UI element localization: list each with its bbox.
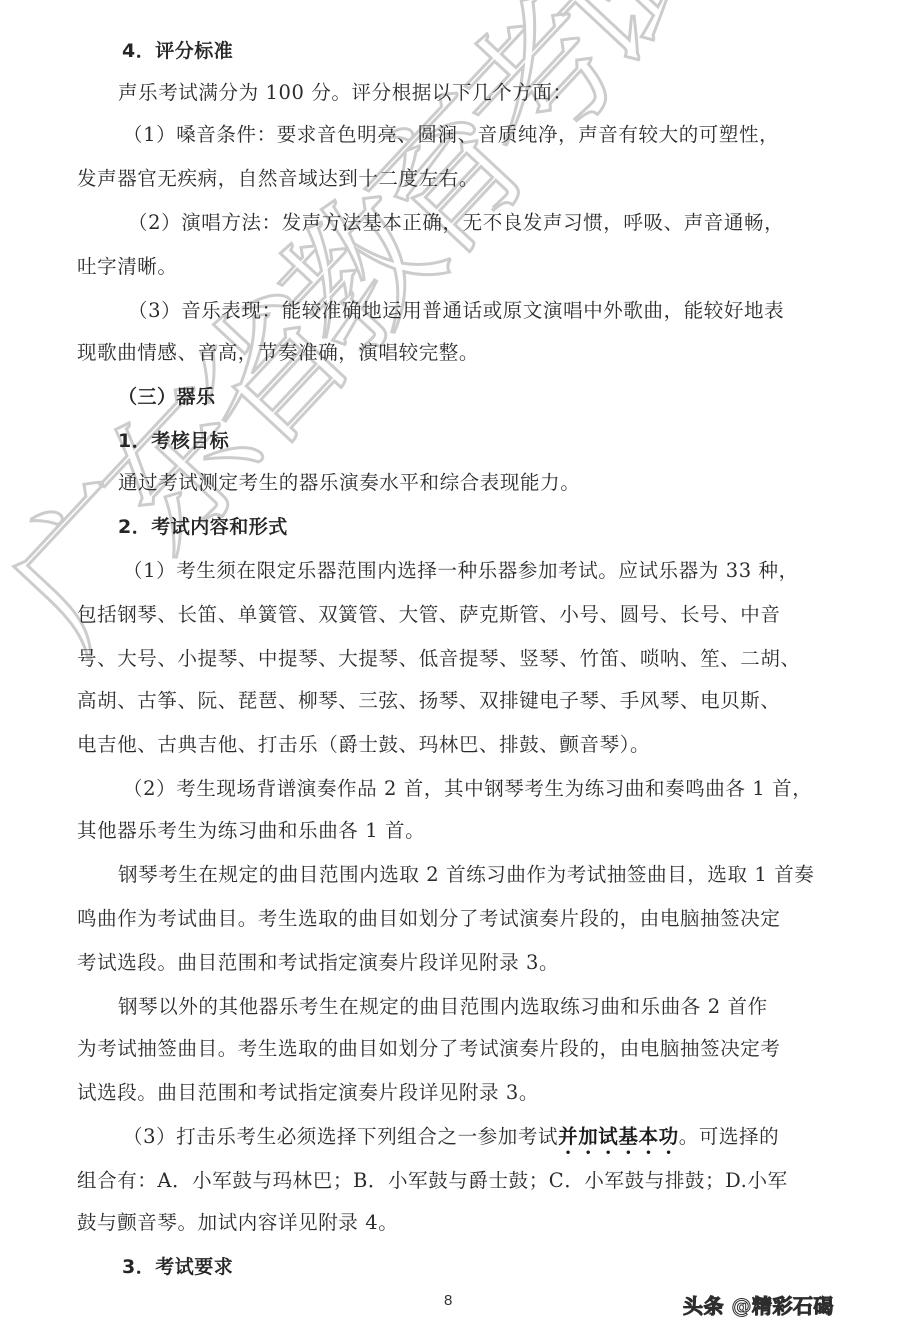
page-number: 8 <box>444 1292 452 1309</box>
document-page: 广东省教育考试院 4．评分标准 声乐考试满分为 100 分。评分根据以下几个方面… <box>0 0 899 1340</box>
paragraph-line: （3）音乐表现：能较准确地运用普通话或原文演唱中外歌曲，能较好地表 <box>128 298 784 324</box>
section-heading-scoring-criteria: 4．评分标准 <box>122 38 233 64</box>
paragraph-line: 鼓与颤音琴。加试内容详见附录 4。 <box>77 1210 398 1236</box>
section-heading-assessment-goal: 1．考核目标 <box>118 428 229 454</box>
text-after-emphasis: 。可选择的 <box>679 1125 780 1148</box>
paragraph-line: 现歌曲情感、音高，节奏准确，演唱较完整。 <box>77 340 479 366</box>
section-heading-exam-content: 2．考试内容和形式 <box>118 514 288 540</box>
paragraph-line: 组合有：A．小军鼓与玛林巴；B．小军鼓与爵士鼓；C．小军鼓与排鼓；D.小军 <box>77 1168 788 1194</box>
paragraph-line: 鸣曲作为考试曲目。考生选取的曲目如划分了考试演奏片段的，由电脑抽签决定 <box>77 906 781 932</box>
emphasized-text: 并加试基本功 <box>558 1125 679 1148</box>
paragraph-line: （2）演唱方法：发声方法基本正确，无不良发声习惯，呼吸、声音通畅， <box>128 210 784 236</box>
paragraph-line: 包括钢琴、长笛、单簧管、双簧管、大管、萨克斯管、小号、圆号、长号、中音 <box>77 602 781 628</box>
paragraph-line: 吐字清晰。 <box>77 254 178 280</box>
paragraph-line: 其他器乐考生为练习曲和乐曲各 1 首。 <box>77 818 425 844</box>
paragraph-line: 试选段。曲目范围和考试指定演奏片段详见附录 3。 <box>77 1080 539 1106</box>
source-attribution: 头条 @精彩石碣 <box>683 1290 834 1319</box>
paragraph-line-with-emphasis: （3）打击乐考生必须选择下列组合之一参加考试并加试基本功。可选择的 <box>123 1124 779 1159</box>
paragraph-line: 发声器官无疾病，自然音域达到十二度左右。 <box>77 166 479 192</box>
paragraph-line: 考试选段。曲目范围和考试指定演奏片段详见附录 3。 <box>77 950 559 976</box>
paragraph-line: 号、大号、小提琴、中提琴、大提琴、低音提琴、竖琴、竹笛、唢呐、笙、二胡、 <box>77 646 801 672</box>
paragraph-line: 为考试抽签曲目。考生选取的曲目如划分了考试演奏片段的，由电脑抽签决定考 <box>77 1036 781 1062</box>
paragraph-line: 声乐考试满分为 100 分。评分根据以下几个方面： <box>118 80 573 106</box>
paragraph-line: （1）考生须在限定乐器范围内选择一种乐器参加考试。应试乐器为 33 种， <box>123 558 799 584</box>
paragraph-line: （1）嗓音条件：要求音色明亮、圆润、音质纯净，声音有较大的可塑性， <box>123 122 779 148</box>
paragraph-line: 钢琴以外的其他器乐考生在规定的曲目范围内选取练习曲和乐曲各 2 首作 <box>118 994 768 1020</box>
paragraph-line: 通过考试测定考生的器乐演奏水平和综合表现能力。 <box>118 470 580 496</box>
paragraph-line: （2）考生现场背谱演奏作品 2 首，其中钢琴考生为练习曲和奏鸣曲各 1 首， <box>123 776 812 802</box>
paragraph-line: 钢琴考生在规定的曲目范围内选取 2 首练习曲作为考试抽签曲目，选取 1 首奏 <box>118 862 814 888</box>
text-before-emphasis: （3）打击乐考生必须选择下列组合之一参加考试 <box>123 1125 558 1148</box>
paragraph-line: 电吉他、古典吉他、打击乐（爵士鼓、玛林巴、排鼓、颤音琴）。 <box>77 732 650 758</box>
paragraph-line: 高胡、古筝、阮、琵琶、柳琴、三弦、扬琴、双排键电子琴、手风琴、电贝斯、 <box>77 688 781 714</box>
section-heading-exam-requirements: 3．考试要求 <box>122 1254 233 1280</box>
section-heading-instrumental: （三）器乐 <box>118 384 216 410</box>
